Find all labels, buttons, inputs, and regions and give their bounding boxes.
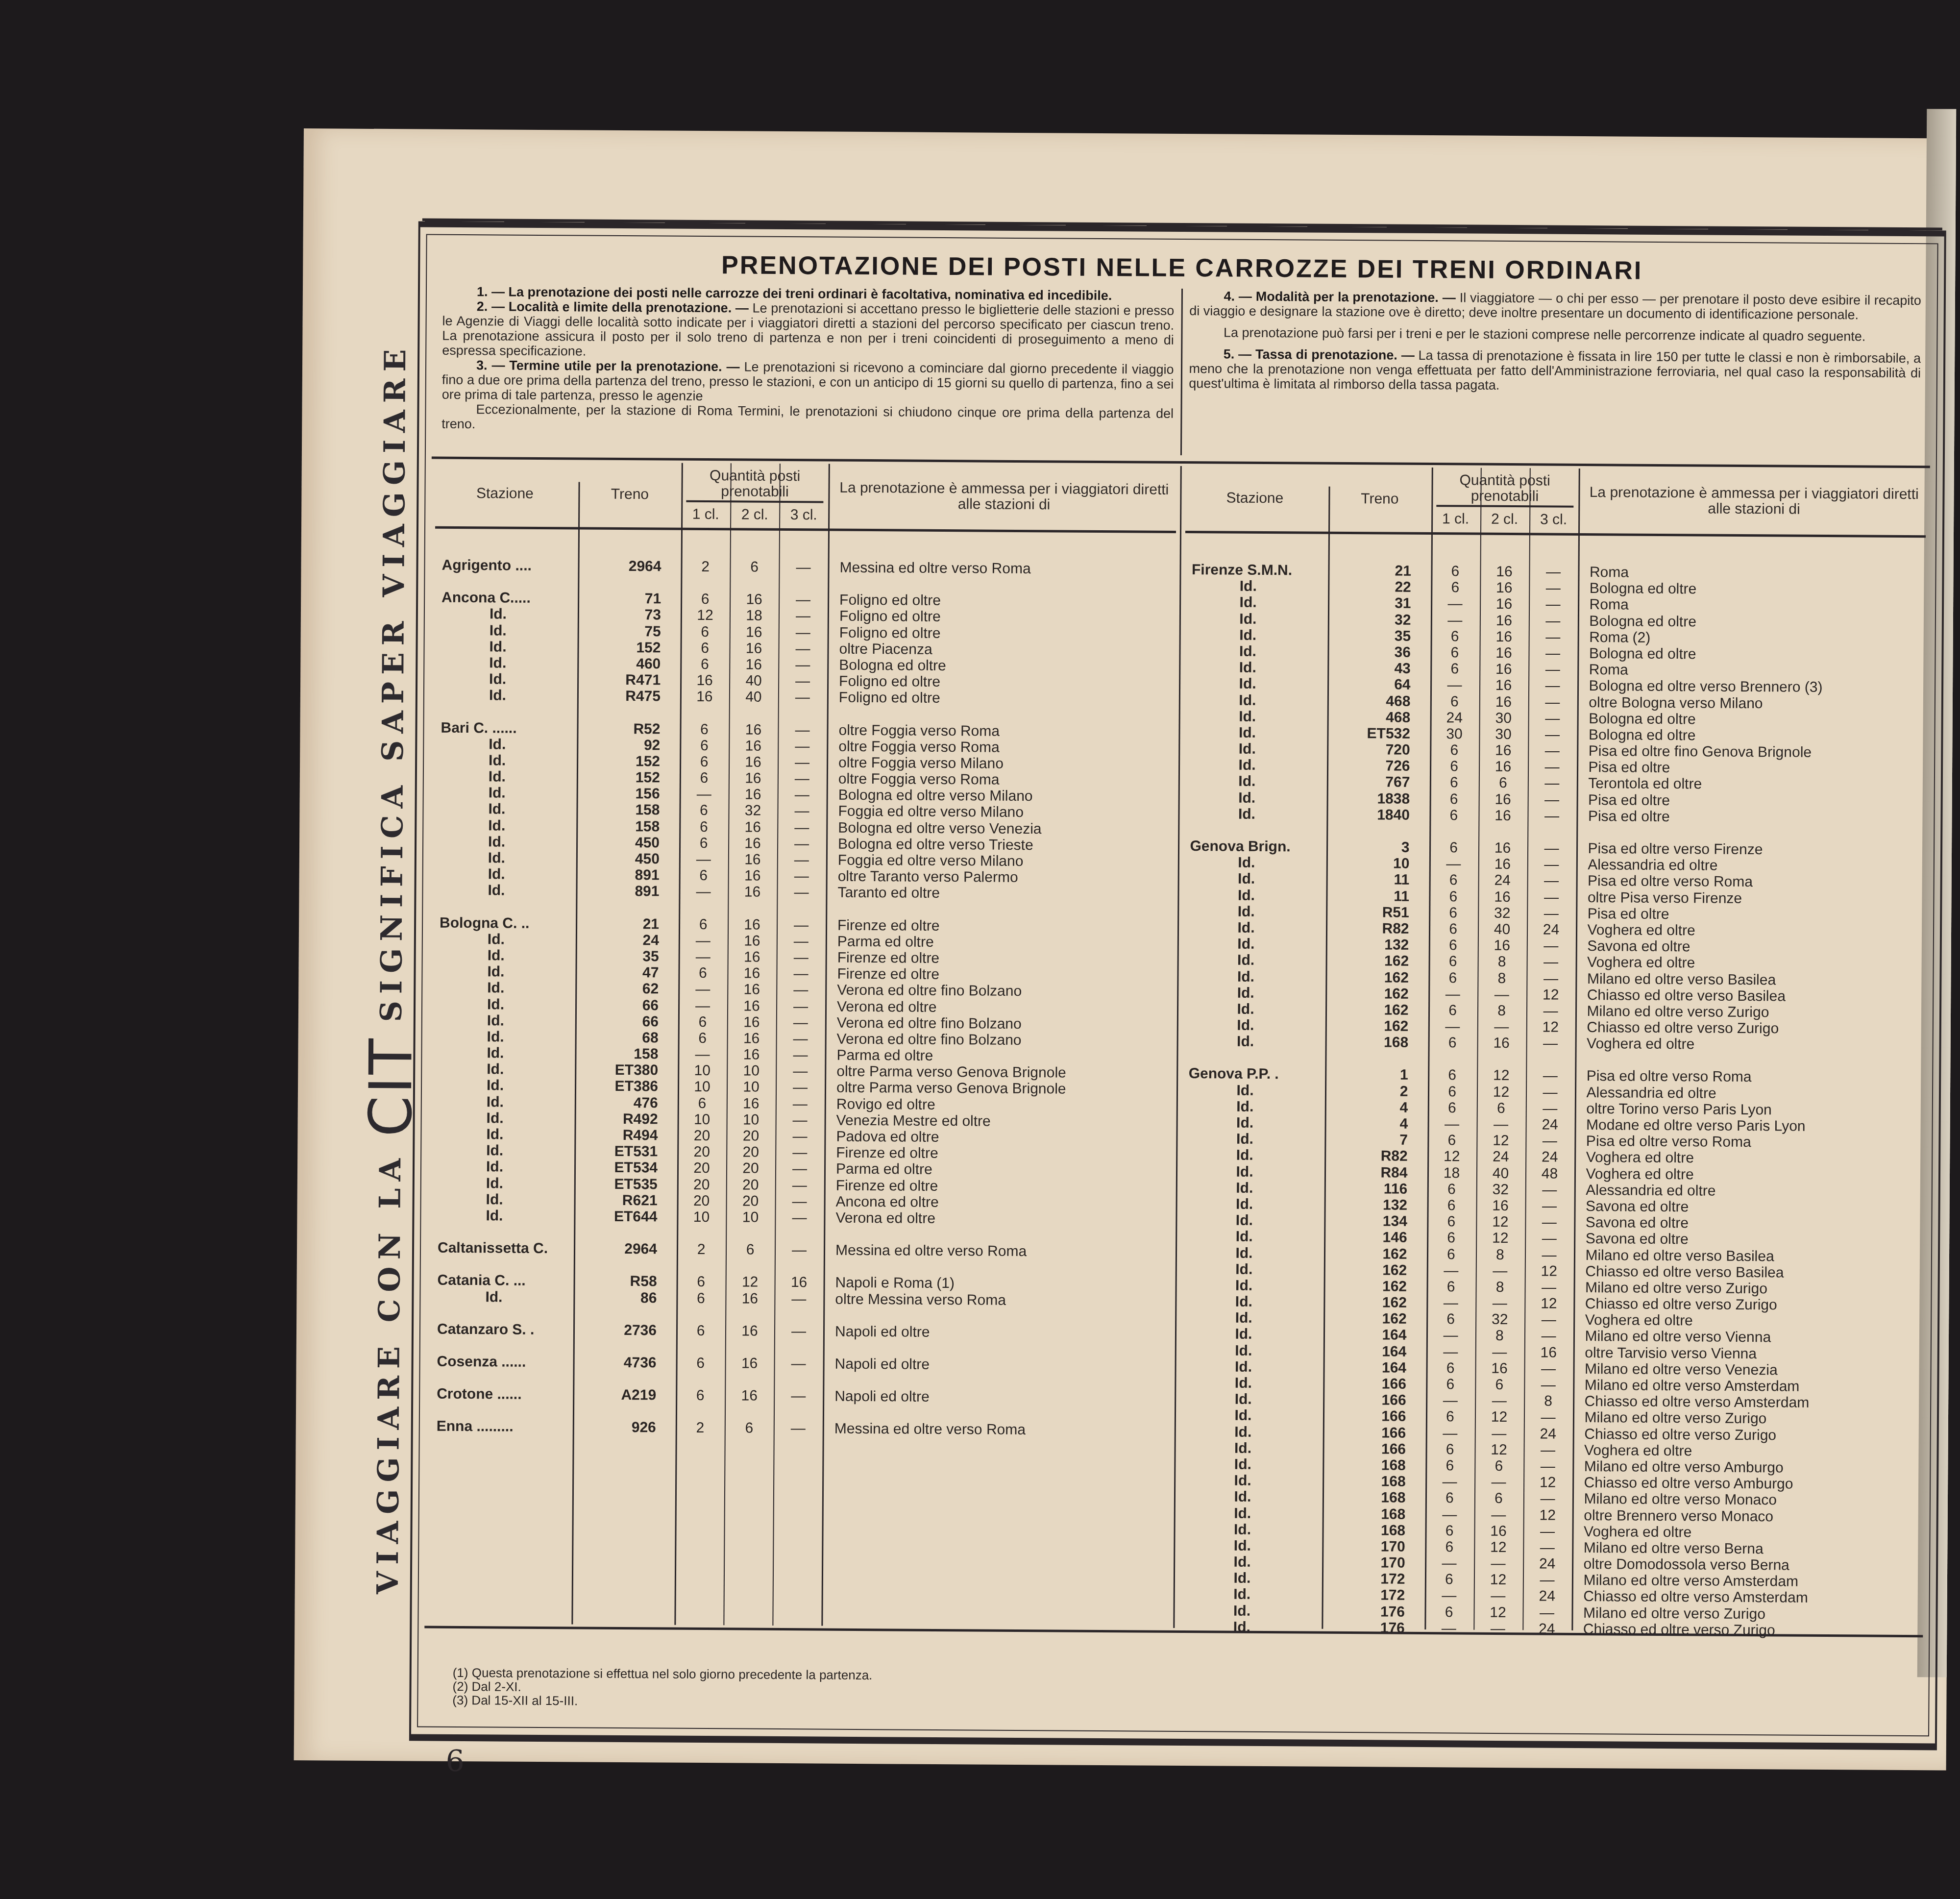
cell-stazione: Id. [429, 850, 576, 867]
cell-destinazione: Milano ed oltre verso Amsterdam [1573, 1377, 1925, 1396]
intro-paragraph: La prenotazione può farsi per i treni e … [1189, 325, 1921, 344]
cell-destinazione: Alessandria ed oltre [1574, 1085, 1926, 1103]
cell-2cl: 12 [1476, 1133, 1525, 1149]
cell-destinazione: oltre Foggia verso Milano [827, 754, 1178, 773]
cell-destinazione: Pisa ed oltre [1576, 906, 1928, 924]
cell-destinazione: oltre Foggia verso Roma [827, 722, 1178, 740]
cell-3cl: — [778, 641, 827, 657]
cell-destinazione: Milano ed oltre verso Zurigo [1573, 1280, 1925, 1298]
cell-3cl: — [778, 754, 827, 771]
cell-stazione: Id. [430, 687, 577, 704]
cell-stazione: Crotone ...... [426, 1386, 573, 1403]
cell-treno: ET532 [1327, 725, 1430, 742]
cell-3cl: — [1523, 1409, 1572, 1426]
cell-stazione: Id. [1177, 1163, 1324, 1180]
cell-destinazione: Voghera ed oltre [1575, 954, 1927, 973]
cell-3cl: — [774, 1323, 823, 1340]
cell-destinazione: Napoli ed oltre [823, 1356, 1175, 1374]
cell-1cl: 6 [1427, 1230, 1476, 1246]
cell-3cl: — [1522, 1604, 1571, 1621]
cell-3cl: — [777, 916, 826, 933]
cell-3cl: — [1525, 1084, 1574, 1101]
table-row: Caltanissetta C.296426—Messina ed oltre … [427, 1240, 1176, 1261]
cell-stazione: Bari C. ...... [430, 719, 577, 737]
cell-1cl: 6 [1428, 921, 1477, 937]
cell-1cl: 20 [677, 1176, 726, 1193]
cell-1cl: 10 [678, 1111, 727, 1128]
cell-destinazione: Verona ed oltre [825, 998, 1177, 1017]
cell-stazione: Id. [1179, 806, 1326, 823]
cell-treno: 134 [1324, 1213, 1427, 1230]
cell-treno: 726 [1326, 758, 1429, 774]
cell-3cl: — [1523, 1491, 1572, 1507]
cell-stazione: Id. [1175, 1603, 1322, 1620]
cell-stazione: Id. [1181, 578, 1328, 595]
cell-2cl: — [1477, 1019, 1526, 1036]
cell-3cl: — [775, 1177, 824, 1193]
cell-stazione: Genova P.P. . [1178, 1065, 1325, 1083]
cell-stazione: Id. [1176, 1391, 1323, 1408]
cell-2cl: 12 [726, 1274, 775, 1291]
cell-2cl: 16 [728, 949, 777, 965]
cell-stazione: Id. [1175, 1537, 1322, 1554]
cell-2cl: 12 [1474, 1441, 1523, 1458]
cell-2cl: 16 [1479, 628, 1528, 645]
cell-2cl: 24 [1476, 1149, 1525, 1165]
cell-destinazione: Padova ed oltre [824, 1129, 1176, 1147]
cell-treno: 66 [575, 1013, 678, 1030]
cell-treno: 158 [575, 1045, 678, 1062]
cell-treno: R621 [574, 1192, 677, 1208]
cell-treno: 35 [1327, 628, 1430, 644]
cell-stazione: Id. [428, 1028, 575, 1045]
cell-destinazione: oltre Messina verso Roma [823, 1291, 1175, 1309]
cell-2cl: 16 [727, 1046, 776, 1063]
cell-2cl: 16 [1478, 759, 1527, 775]
cell-treno: 162 [1323, 1294, 1426, 1311]
cell-3cl: — [1528, 694, 1577, 711]
cell-treno: 75 [578, 623, 681, 640]
cell-1cl: — [1430, 612, 1479, 629]
cell-destinazione: Savona ed oltre [1574, 1231, 1926, 1249]
cell-1cl: 6 [1425, 1539, 1474, 1555]
cell-treno: 152 [577, 639, 680, 656]
cell-stazione: Id. [1178, 919, 1325, 937]
header-3cl: 3 cl. [1529, 507, 1578, 532]
cell-treno: 2964 [574, 1241, 677, 1258]
cell-3cl: — [775, 1144, 824, 1161]
cell-2cl: 8 [1475, 1328, 1524, 1344]
cell-destinazione: Voghera ed oltre [1575, 922, 1927, 940]
cell-3cl: — [779, 559, 828, 576]
cell-1cl: 6 [679, 802, 728, 819]
cell-3cl: — [774, 1388, 823, 1405]
cell-destinazione: Chiasso ed oltre verso Amburgo [1572, 1475, 1924, 1493]
paragraph-heading: 2. — Località e limite della prenotazion… [477, 299, 753, 315]
cell-2cl: 18 [730, 608, 779, 624]
header-1cl: 1 cl. [1431, 507, 1480, 532]
cell-destinazione: Roma [1577, 662, 1929, 680]
cell-treno: 166 [1323, 1408, 1425, 1425]
cell-1cl: — [678, 1046, 727, 1063]
cell-1cl: 6 [1427, 1100, 1476, 1116]
cell-1cl: 6 [1427, 1197, 1476, 1214]
cell-2cl: — [1474, 1555, 1523, 1572]
cell-destinazione: Bologna ed oltre [1577, 645, 1929, 664]
cell-2cl: 16 [728, 868, 777, 885]
cell-2cl: 6 [1475, 1377, 1524, 1393]
cell-destinazione: Firenze ed oltre [825, 966, 1177, 985]
cell-destinazione: Savona ed oltre [1575, 938, 1927, 957]
table-header: StazioneTrenoQuantità posti prenotabiliL… [1181, 466, 1930, 534]
cell-treno: ET534 [574, 1159, 677, 1176]
cell-1cl: — [1425, 1425, 1474, 1442]
paragraph-heading: 4. — Modalità per la prenotazione. — [1224, 289, 1459, 305]
cell-stazione: Cosenza ...... [426, 1353, 573, 1370]
cell-stazione: Id. [1176, 1326, 1323, 1343]
cell-3cl: — [1525, 1214, 1574, 1231]
cell-1cl: 6 [1430, 661, 1479, 677]
cell-2cl: 10 [727, 1063, 776, 1080]
cell-3cl: — [1525, 1133, 1574, 1149]
cell-2cl: 16 [1478, 888, 1527, 905]
cell-stazione: Id. [1178, 985, 1325, 1002]
cell-1cl: — [1428, 1018, 1477, 1035]
cell-stazione: Id. [429, 801, 576, 818]
cell-2cl: 40 [1477, 921, 1526, 938]
cell-stazione: Id. [1179, 757, 1326, 774]
cell-stazione: Id. [1180, 643, 1327, 660]
cell-2cl: — [1477, 986, 1526, 1003]
cell-destinazione: Savona ed oltre [1574, 1214, 1926, 1233]
cell-2cl: 16 [729, 656, 778, 673]
cell-3cl: — [1526, 1003, 1575, 1019]
cell-destinazione: Pisa ed oltre verso Roma [1575, 1068, 1927, 1086]
cell-stazione: Id. [427, 1175, 574, 1192]
cell-2cl: 12 [1474, 1539, 1523, 1556]
cell-destinazione: Alessandria ed oltre [1576, 857, 1928, 875]
cell-treno: 1840 [1326, 807, 1429, 823]
cell-1cl: 6 [1426, 1360, 1475, 1377]
cell-stazione: Caltanissetta C. [427, 1240, 574, 1257]
cell-destinazione: Roma (2) [1577, 629, 1929, 648]
cell-1cl: — [680, 786, 729, 803]
cell-3cl: — [779, 624, 828, 641]
cell-destinazione: Venezia Mestre ed oltre [825, 1112, 1176, 1131]
cell-treno: 166 [1323, 1392, 1426, 1408]
cell-2cl: 12 [1477, 1067, 1526, 1084]
cell-1cl: 2 [681, 559, 730, 575]
cell-destinazione: oltre Foggia verso Roma [827, 738, 1178, 757]
cell-destinazione: Parma ed oltre [826, 933, 1177, 952]
cell-destinazione: Napoli ed oltre [823, 1388, 1175, 1407]
cell-stazione: Id. [1179, 789, 1326, 807]
cell-3cl: — [1524, 1328, 1573, 1345]
cell-destinazione: Napoli e Roma (1) [824, 1275, 1176, 1293]
cell-stazione: Id. [1176, 1375, 1323, 1392]
cell-2cl: 40 [729, 672, 778, 689]
cell-3cl: — [778, 721, 827, 738]
cell-stazione: Id. [1176, 1358, 1323, 1376]
cell-1cl: 6 [1427, 1132, 1476, 1149]
cell-2cl: 16 [1480, 564, 1529, 580]
cell-treno: 21 [1328, 563, 1431, 579]
cell-destinazione: Firenze ed oltre [826, 949, 1177, 968]
cell-destinazione: Messina ed oltre verso Roma [824, 1242, 1176, 1261]
cell-stazione: Id. [1176, 1244, 1323, 1261]
cell-destinazione: Pisa ed oltre [1576, 792, 1928, 811]
cell-1cl: — [679, 932, 728, 949]
header-destinazione: La prenotazione è ammessa per i viaggiat… [828, 464, 1180, 530]
cell-2cl: — [1476, 1116, 1525, 1133]
cell-destinazione: Roma [1578, 596, 1930, 615]
cell-destinazione: Napoli ed oltre [823, 1323, 1175, 1342]
cell-3cl: — [1528, 645, 1577, 662]
cell-1cl: — [678, 981, 727, 998]
cell-destinazione: Chiasso ed oltre verso Zurigo [1575, 1019, 1927, 1038]
cell-1cl: 6 [1429, 905, 1478, 921]
cell-2cl: 6 [1478, 775, 1527, 791]
cell-stazione: Id. [1180, 691, 1327, 709]
cell-2cl: 20 [726, 1193, 775, 1209]
cell-treno: 891 [576, 883, 679, 900]
cell-stazione: Id. [430, 638, 577, 655]
cell-destinazione: Bologna ed oltre verso Milano [827, 787, 1178, 806]
intro-paragraph: 5. — Tassa di prenotazione. — La tassa d… [1189, 346, 1921, 395]
cell-stazione: Id. [427, 1208, 574, 1225]
content-frame: PRENOTAZIONE DEI POSTI NELLE CARROZZE DE… [409, 221, 1946, 1750]
cell-2cl: 16 [729, 738, 778, 754]
cell-destinazione: Savona ed oltre [1574, 1198, 1926, 1217]
cell-treno: 168 [1322, 1489, 1425, 1506]
cell-3cl: — [1527, 759, 1576, 776]
cell-stazione: Enna ......... [426, 1418, 573, 1435]
cell-3cl: — [776, 1096, 825, 1112]
cell-2cl: — [1474, 1474, 1523, 1491]
cell-treno: 162 [1323, 1245, 1426, 1262]
cell-destinazione: Milano ed oltre verso Zurigo [1572, 1409, 1924, 1428]
cell-stazione: Id. [1177, 1114, 1324, 1132]
cell-stazione: Id. [1177, 1228, 1324, 1245]
cell-3cl: — [1525, 1198, 1574, 1214]
cell-stazione: Agrigento .... [431, 557, 578, 574]
cell-2cl: 40 [729, 689, 778, 706]
cell-treno: 168 [1323, 1457, 1425, 1474]
cell-stazione: Id. [1180, 659, 1327, 676]
intro-paragraph: 2. — Località e limite della prenotazion… [442, 299, 1174, 362]
cell-treno: 156 [577, 786, 680, 802]
cell-2cl: 16 [727, 1014, 776, 1031]
cell-treno: 162 [1325, 953, 1428, 969]
header-2cl: 2 cl. [1480, 507, 1529, 532]
intro-left-column: 1. — La prenotazione dei posti nelle car… [435, 284, 1181, 455]
cell-3cl: — [774, 1420, 823, 1437]
cell-stazione: Id. [1177, 1212, 1324, 1229]
cell-1cl: 10 [678, 1062, 727, 1079]
table-row: Agrigento ....296426—Messina ed oltre ve… [431, 557, 1179, 578]
cell-3cl: — [1526, 937, 1575, 954]
cell-stazione: Catanzaro S. . [426, 1321, 573, 1338]
cell-destinazione: Messina ed oltre verso Roma [828, 560, 1179, 578]
cell-1cl: 10 [678, 1079, 727, 1095]
cell-treno: ET380 [575, 1062, 678, 1079]
cell-stazione: Id. [430, 785, 577, 802]
cell-destinazione: Milano ed oltre verso Monaco [1572, 1491, 1924, 1509]
cell-destinazione: Bologna ed oltre [1577, 711, 1929, 729]
cell-stazione: Id. [428, 1110, 575, 1127]
cell-destinazione: Terontola ed oltre [1576, 775, 1928, 794]
reservation-tables: StazioneTrenoQuantità posti prenotabiliL… [424, 462, 1930, 1633]
cell-destinazione: oltre Bologna verso Milano [1577, 694, 1929, 713]
table-header: StazioneTrenoQuantità posti prenotabiliL… [431, 462, 1180, 530]
cell-destinazione: Bologna ed oltre verso Brennero (3) [1577, 678, 1929, 696]
cell-destinazione: Alessandria ed oltre [1574, 1182, 1926, 1201]
cell-3cl: — [778, 738, 827, 755]
cell-3cl: — [1526, 954, 1575, 971]
cell-1cl: 6 [676, 1355, 725, 1372]
cell-3cl: — [776, 1047, 825, 1063]
cell-treno: 158 [576, 802, 679, 818]
cell-3cl: — [777, 803, 826, 819]
cell-2cl: 16 [1479, 742, 1528, 759]
cell-stazione: Id. [427, 1159, 574, 1176]
cell-stazione: Id. [428, 996, 575, 1013]
cell-treno: 166 [1323, 1376, 1426, 1392]
header-quantita: Quantità posti prenotabili [1436, 468, 1573, 508]
cell-stazione: Id. [429, 866, 576, 883]
cell-2cl: 16 [730, 592, 779, 608]
cell-treno: 73 [578, 607, 681, 623]
cell-destinazione: Bologna ed oltre [827, 657, 1179, 675]
cell-3cl: 24 [1526, 921, 1575, 938]
cell-destinazione: oltre Foggia verso Roma [827, 771, 1178, 789]
cell-3cl: — [1527, 873, 1576, 889]
cell-2cl: 16 [729, 787, 778, 803]
cell-3cl: — [1529, 596, 1578, 613]
cell-stazione: Id. [1176, 1261, 1323, 1278]
cell-2cl: 32 [1475, 1311, 1524, 1328]
cell-stazione: Id. [1176, 1456, 1323, 1473]
cell-stazione: Id. [1177, 1147, 1324, 1164]
right-table: StazioneTrenoQuantità posti prenotabiliL… [1173, 466, 1930, 1632]
cell-1cl: — [678, 997, 727, 1014]
header-2cl: 2 cl. [730, 502, 779, 527]
cell-2cl: 16 [1479, 677, 1528, 694]
cell-stazione: Ancona C..... [431, 590, 578, 607]
cell-1cl: 6 [677, 1274, 726, 1290]
cell-treno: 158 [576, 818, 679, 835]
cell-3cl: 12 [1523, 1507, 1572, 1524]
cell-2cl: 8 [1477, 954, 1526, 970]
cell-treno: 172 [1322, 1571, 1424, 1587]
table-row: Catanzaro S. .2736616—Napoli ed oltre [426, 1321, 1175, 1342]
cell-3cl: — [1524, 1279, 1573, 1296]
cell-treno: 767 [1326, 774, 1429, 790]
cell-treno: 162 [1325, 969, 1428, 986]
cell-stazione: Id. [1180, 627, 1327, 644]
cell-2cl: 6 [726, 1241, 775, 1258]
table-body: Firenze S.M.N.21616—RomaId.22616—Bologna… [1175, 540, 1930, 1632]
cell-1cl: 6 [676, 1290, 725, 1307]
cell-1cl: 6 [1425, 1490, 1474, 1506]
cell-destinazione: Milano ed oltre verso Amburgo [1572, 1458, 1924, 1477]
cell-treno: 24 [576, 932, 679, 948]
cell-2cl: 6 [730, 559, 779, 575]
cell-3cl: — [777, 949, 826, 966]
cell-3cl: 48 [1525, 1165, 1574, 1182]
cell-1cl: 6 [678, 1030, 727, 1047]
cell-3cl: 8 [1524, 1393, 1573, 1409]
cell-destinazione: oltre Domodossola verso Berna [1572, 1556, 1924, 1575]
cell-2cl: 30 [1479, 726, 1528, 743]
cell-2cl: 12 [1476, 1084, 1525, 1100]
cell-3cl: — [778, 673, 827, 690]
cell-2cl: 8 [1475, 1279, 1524, 1296]
cell-3cl: — [775, 1193, 824, 1210]
cell-treno: 162 [1323, 1261, 1426, 1278]
cell-1cl: 20 [677, 1128, 726, 1144]
cell-destinazione: Foligno ed oltre [827, 690, 1179, 708]
cell-3cl: — [1524, 1377, 1573, 1393]
cell-treno: ET644 [574, 1208, 677, 1225]
cell-2cl: 10 [727, 1111, 776, 1128]
cell-destinazione: Pisa ed oltre verso Roma [1576, 873, 1928, 891]
cell-stazione: Id. [1176, 1440, 1323, 1457]
cell-destinazione: Rovigo ed oltre [825, 1096, 1176, 1114]
cell-3cl: — [1526, 1036, 1575, 1052]
cell-2cl: 16 [727, 998, 776, 1014]
cell-stazione: Id. [1177, 1098, 1324, 1115]
intro-section: 1. — La prenotazione dei posti nelle car… [435, 284, 1928, 460]
cell-stazione: Id. [1176, 1472, 1323, 1489]
cell-2cl: 16 [727, 1095, 776, 1112]
cell-3cl: — [1527, 775, 1576, 792]
header-treno: Treno [578, 462, 682, 526]
cell-stazione: Id. [1176, 1309, 1323, 1327]
cell-treno: ET535 [574, 1176, 677, 1192]
cell-1cl: 6 [1426, 1376, 1475, 1393]
cell-2cl: 16 [1479, 645, 1528, 662]
cell-1cl: — [1426, 1392, 1475, 1409]
cell-stazione: Id. [428, 1093, 575, 1110]
cell-3cl: — [1523, 1458, 1572, 1475]
cell-3cl: — [778, 787, 827, 803]
cell-2cl: 16 [728, 835, 777, 852]
cell-1cl: 6 [1426, 1246, 1475, 1263]
cell-3cl: — [776, 982, 825, 998]
cell-treno: 7 [1324, 1132, 1427, 1148]
cell-2cl: 16 [728, 933, 777, 949]
cell-treno: R494 [574, 1127, 677, 1143]
cell-3cl: 24 [1525, 1149, 1574, 1166]
cell-stazione: Id. [1175, 1554, 1322, 1571]
cell-stazione: Id. [1181, 594, 1328, 611]
cell-treno: 170 [1322, 1538, 1425, 1555]
cell-1cl: — [1425, 1474, 1474, 1490]
cell-2cl: 16 [1478, 807, 1527, 824]
cell-stazione: Id. [1176, 1277, 1323, 1294]
cell-destinazione: Voghera ed oltre [1572, 1442, 1924, 1461]
cell-3cl: — [1529, 580, 1578, 596]
cell-2cl: 16 [1480, 596, 1529, 613]
cell-treno: 168 [1322, 1522, 1425, 1538]
cell-1cl: — [679, 884, 728, 900]
cell-1cl: — [1426, 1295, 1475, 1311]
cell-3cl: 24 [1523, 1426, 1572, 1442]
header-destinazione: La prenotazione è ammessa per i viaggiat… [1578, 469, 1930, 534]
cell-treno: 4 [1324, 1099, 1427, 1116]
cell-1cl: 6 [1425, 1457, 1474, 1474]
